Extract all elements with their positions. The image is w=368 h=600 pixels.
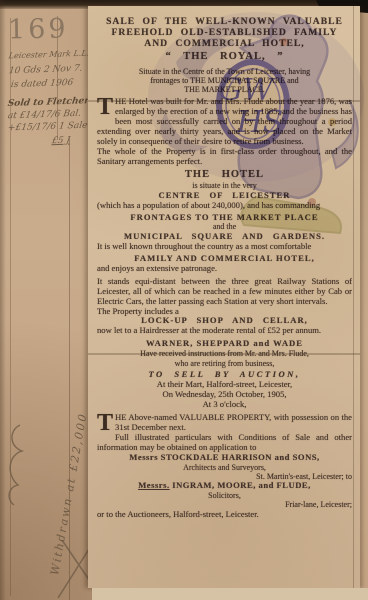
- patronage-line: and enjoys an extensive patronage.: [97, 264, 352, 274]
- newspaper-clipping: SALE OF THE WELL-KNOWN VALUABLE FREEHOLD…: [88, 6, 360, 588]
- situate-line: frontages to THE MUNICIPAL SQUARE and: [97, 76, 352, 85]
- solicitors-line: Solicitors,: [97, 491, 352, 500]
- handwritten-note: Leicester Mark L.L.: [8, 49, 90, 61]
- particulars-line: Full illustrated particulars with Condit…: [97, 433, 352, 453]
- hotel-heading: THE HOTEL: [97, 169, 352, 181]
- ingram-names: INGRAM, MOORE, and FLUDE,: [170, 480, 311, 490]
- stations-paragraph: It stands equi-distant between the three…: [97, 277, 352, 307]
- population-line: (which has a population of about 240,000…: [97, 201, 352, 211]
- auctioneer-names: WARNER, SHEPPARD and WADE: [97, 339, 352, 349]
- paragraph-text: HE Hotel was built for Mr. and Mrs. Flud…: [97, 96, 352, 146]
- ingram-line: Messrs. INGRAM, MOORE, and FLUDE,: [97, 481, 352, 491]
- known-line: It is well known throughout the country …: [97, 242, 352, 252]
- page-number: 169: [8, 14, 61, 46]
- auction-time: At 3 o'clock,: [97, 400, 352, 410]
- paragraph-above-named: THE Above-named VALUABLE PROPERTY, with …: [97, 413, 352, 433]
- paragraph-text: HE Above-named VALUABLE PROPERTY, with p…: [115, 412, 352, 432]
- scrapbook-page: 169 Leicester Mark L.L. 10 Gds 2 Nov 7. …: [0, 0, 368, 600]
- page-left-edge: [0, 0, 6, 600]
- messrs-label: Messrs.: [138, 480, 169, 490]
- to-auctioneers-line: or to the Auctioneers, Halford-street, L…: [97, 510, 352, 520]
- instructions-line: who are retiring from business,: [97, 359, 352, 368]
- headline-line: SALE OF THE WELL-KNOWN VALUABLE: [97, 16, 352, 27]
- clipping-crease: [88, 100, 360, 102]
- hotel-name: “ THE ROYAL, ”: [97, 51, 352, 63]
- handwritten-note: at £14/17/6 Bal.: [7, 109, 82, 122]
- situate-line: Situate in the Centre of the Town of Lei…: [97, 67, 352, 76]
- architects-line: Architects and Surveyors,: [97, 463, 352, 472]
- margin-rule-right: [69, 138, 70, 600]
- clipping-crease: [88, 353, 360, 355]
- rental-line: now let to a Hairdresser at the moderate…: [97, 326, 352, 336]
- frontages-heading: FRONTAGES TO THE MARKET PLACE: [97, 213, 352, 223]
- handwritten-note: is dated 1906: [10, 78, 74, 90]
- clipping-fold-line: [353, 6, 354, 588]
- handwritten-note: £5 J: [51, 136, 70, 147]
- stockdale-line: Messrs STOCKDALE HARRISON and SONS,: [97, 453, 352, 463]
- handwritten-note: +£15/17/6 1 Sale.: [7, 121, 91, 134]
- headline-line: FREEHOLD OLD-ESTABLISHED FAMILY: [97, 27, 352, 38]
- handwritten-note: 10 Gds 2 Nov 7.: [8, 64, 83, 77]
- paragraph-sanitary: The whole of the Property is in first-cl…: [97, 147, 352, 167]
- drop-cap: T: [97, 414, 113, 433]
- situate-line: THE MARKET PLACE.: [97, 85, 352, 94]
- headline-line: AND COMMERCIAL HOTEL,: [97, 38, 352, 49]
- page-bottom-band: [92, 588, 368, 600]
- paragraph-built: THE Hotel was built for Mr. and Mrs. Flu…: [97, 97, 352, 147]
